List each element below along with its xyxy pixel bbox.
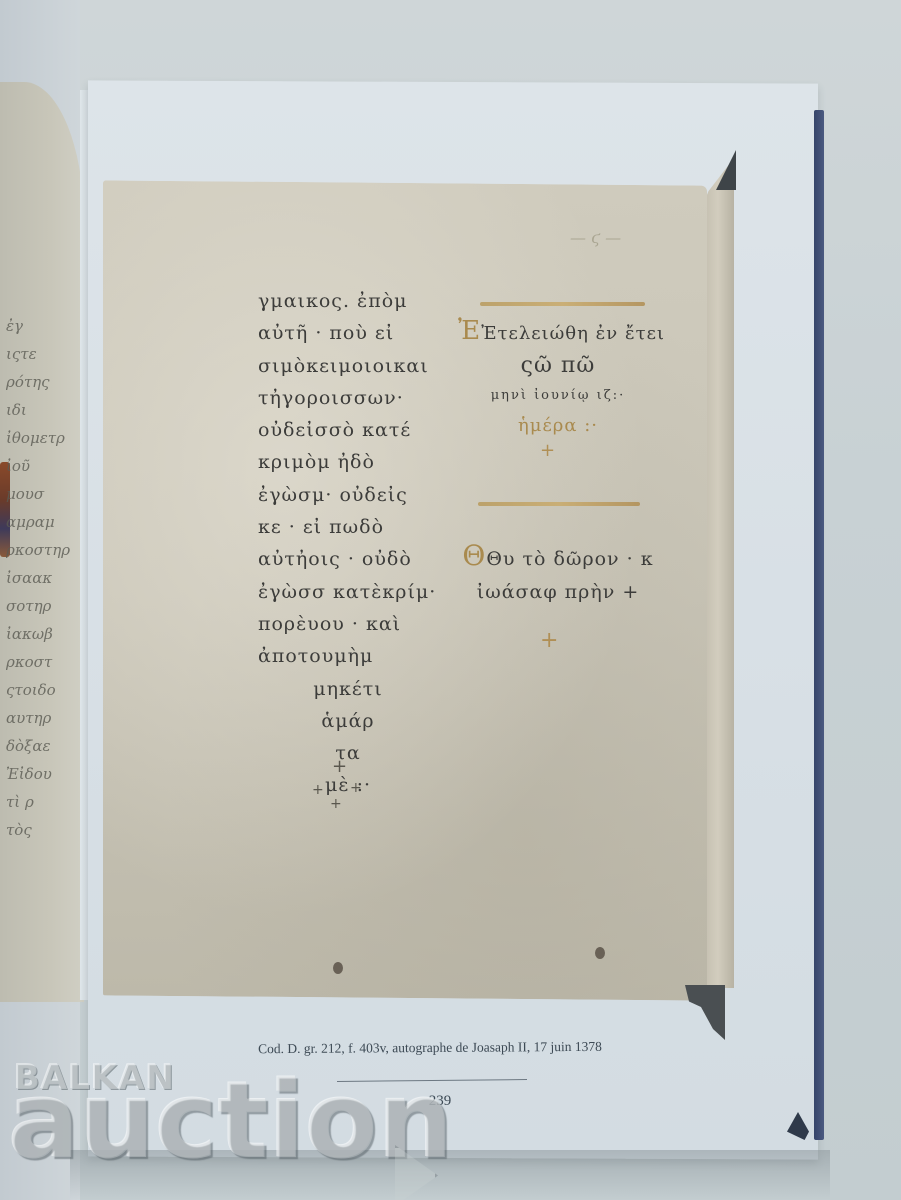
left-page-line: σοτηρ: [6, 592, 82, 620]
left-page-line: ιδι: [6, 396, 82, 424]
text-line: οὐδεἰσσὸ κατέ: [258, 414, 438, 446]
left-page-line: ἐγ: [6, 312, 82, 340]
cross-mark: +: [540, 440, 555, 461]
colophon-block: ἘἘτελειώθη ἐν ἔτει ςῶ πῶ μηνὶ ἰουνίῳ ιζ:…: [458, 316, 658, 443]
text-line: σιμὸκειμοιοικαι: [258, 350, 438, 382]
text-line: κε · εἰ πωδὸ: [258, 511, 438, 543]
gold-initial: Θ: [462, 539, 486, 572]
left-page-line: ἰθομετρ: [6, 424, 82, 452]
left-page-line: Ἐἰδου: [6, 760, 82, 788]
text-line: μὲ :·: [258, 769, 438, 801]
left-page-line: ςτοιδο: [6, 676, 82, 704]
folio-top-note: — ϛ —: [570, 228, 621, 247]
cross-mark: +: [332, 756, 347, 777]
left-page-line: τὸς: [6, 816, 82, 844]
ink-blot: [595, 947, 605, 959]
text-line: κριμὸμ ἠδὸ: [258, 446, 438, 478]
text-line: αὐτἠοις · οὐδὸ: [258, 543, 438, 575]
text-line: Ἐτελειώθη ἐν ἔτει: [481, 323, 665, 344]
left-page-line: ρότης: [6, 368, 82, 396]
left-page-line: τὶ ρ: [6, 788, 82, 816]
manuscript-left-column: γμαικος. ἐπὸμ αὐτῆ · ποὺ εἰ σιμὸκειμοιοι…: [258, 285, 438, 802]
cross-mark: +: [350, 780, 362, 796]
left-page-line: δὸξαε: [6, 732, 82, 760]
left-facing-page: ἐγιςτερότηςιδιἰθομετρἰοῦμουσαμραμρκοστηρ…: [0, 82, 84, 1002]
cross-mark: +: [312, 782, 324, 798]
text-line: ἁμάρ: [258, 705, 438, 737]
text-line: τα: [258, 737, 438, 769]
left-page-line: ἰσαακ: [6, 564, 82, 592]
left-page-line: ιςτε: [6, 340, 82, 368]
text-line: ἐγὼσμ· οὐδεἰς: [258, 479, 438, 511]
text-line: ἰωάσαφ πρὴν +: [458, 577, 658, 607]
cross-mark: +: [540, 628, 558, 653]
left-page-line: αυτηρ: [6, 704, 82, 732]
text-line: Θυ τὸ δῶρον · κ: [486, 548, 653, 570]
text-line: ἐγὼσσ κατὲκρίμ·: [258, 576, 438, 608]
book-cover-edge: [814, 110, 824, 1140]
text-line: ἀποτουμὴμ: [258, 640, 438, 672]
text-line: τἠγοροισσων·: [258, 382, 438, 414]
signature-block: ΘΘυ τὸ δῶρον · κ ἰωάσαφ πρὴν +: [458, 538, 658, 607]
text-line: μηνὶ ἰουνίῳ ιζ:·: [458, 383, 658, 409]
gold-rule: [478, 502, 640, 506]
left-page-script: ἐγιςτερότηςιδιἰθομετρἰοῦμουσαμραμρκοστηρ…: [6, 312, 82, 844]
left-page-line: μουσ: [6, 480, 82, 508]
left-page-line: ρκοστ: [6, 648, 82, 676]
left-page-line: αμραμ: [6, 508, 82, 536]
cross-mark: +: [330, 796, 342, 812]
text-line: μηκέτι: [258, 673, 438, 705]
gold-initial: Ἐ: [458, 316, 481, 346]
left-page-line: ἰακωβ: [6, 620, 82, 648]
text-line: αὐτῆ · ποὺ εἰ: [258, 317, 438, 349]
gold-rule: [480, 302, 645, 306]
text-line: ἡμέρα :·: [458, 409, 658, 443]
text-line: πορὲυου · καὶ: [258, 608, 438, 640]
text-line: ςῶ πῶ: [458, 349, 658, 383]
left-page-line: ρκοστηρ: [6, 536, 82, 564]
ink-blot: [333, 962, 343, 974]
left-page-line: ἰοῦ: [6, 452, 82, 480]
watermark-auction: auction: [8, 1068, 453, 1174]
text-line: γμαικος. ἐπὸμ: [258, 285, 438, 317]
